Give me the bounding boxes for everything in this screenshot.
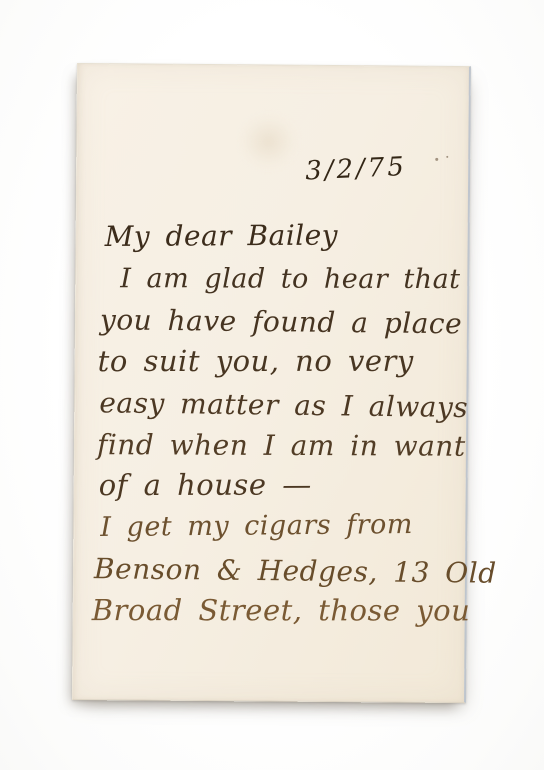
letter-line: I get my cigars from	[88, 503, 463, 548]
letter-body: My dear BaileyI am glad to hear thatyou …	[88, 216, 466, 634]
letter-line: easy matter as I always	[89, 382, 465, 428]
letter-paper: 3/2/75 My dear BaileyI am glad to hear t…	[72, 63, 471, 703]
letter-line: Benson & Hedges, 13 Old	[88, 548, 463, 594]
letter-line: My dear Bailey	[91, 214, 466, 258]
letter-line: of a house —	[89, 464, 464, 506]
ink-speck	[435, 158, 438, 161]
letter-line: I am glad to hear that	[90, 258, 465, 300]
ink-speck	[446, 156, 448, 158]
letter-line: to suit you, no very	[90, 340, 465, 382]
letter-photograph: 3/2/75 My dear BaileyI am glad to hear t…	[0, 0, 544, 770]
letter-line: Broad Street, those you	[88, 590, 463, 632]
letter-line: find when I am in want	[89, 424, 464, 467]
letter-date: 3/2/75	[305, 152, 408, 186]
embossed-stamp	[225, 101, 312, 182]
letter-line: you have found a place	[90, 299, 465, 345]
